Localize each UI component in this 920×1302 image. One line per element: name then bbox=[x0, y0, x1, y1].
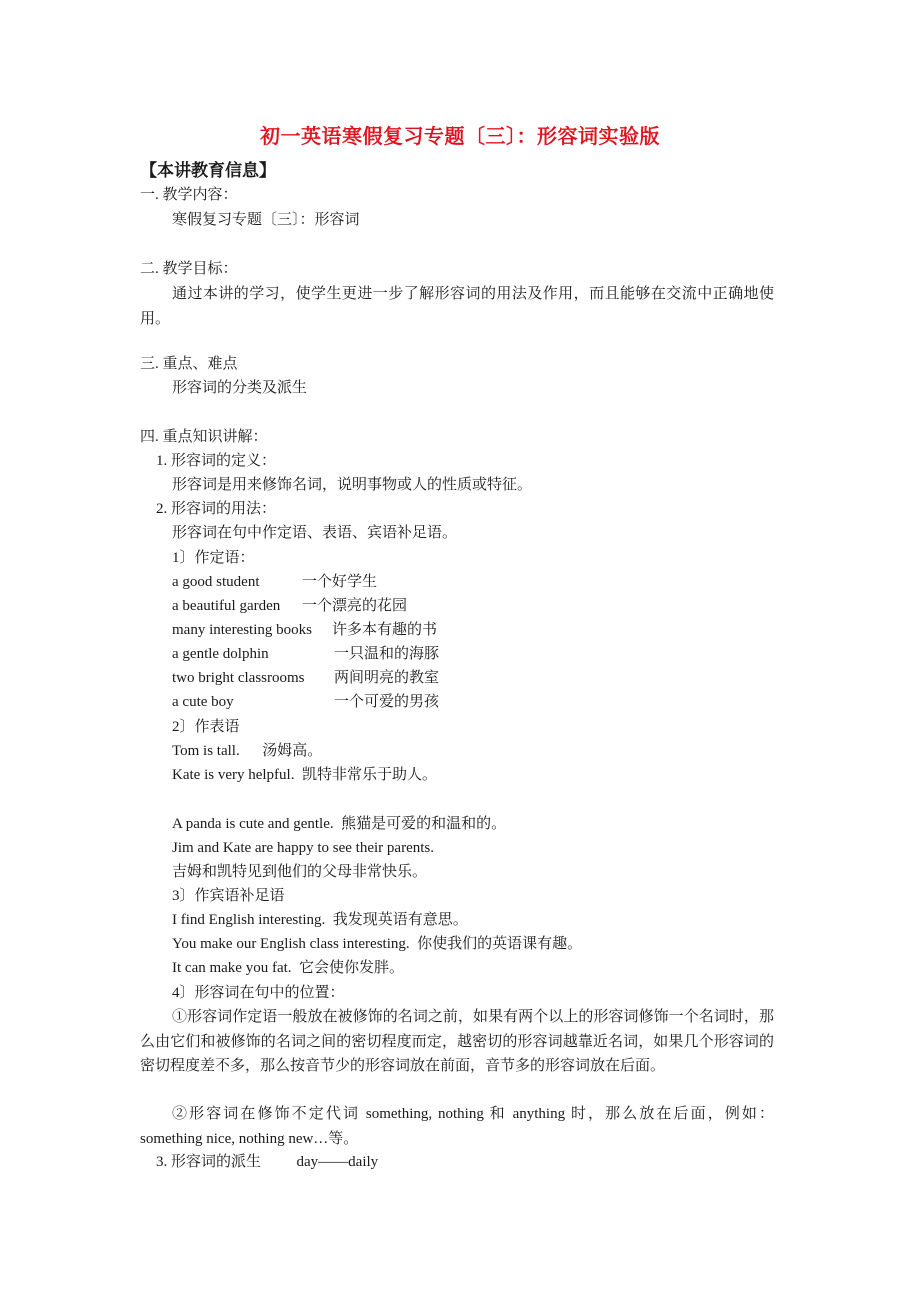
derivation-example: day——daily bbox=[297, 1154, 379, 1170]
example-en: two bright classrooms bbox=[172, 667, 305, 689]
document-page: 初一英语寒假复习专题〔三〕：形容词实验版 【本讲教育信息】 一. 教学内容： 寒… bbox=[0, 0, 920, 1302]
example-en: a cute boy bbox=[172, 691, 234, 713]
example-zh: 一只温和的海豚 bbox=[334, 643, 439, 665]
example-zh: 两间明亮的教室 bbox=[334, 667, 439, 689]
predicative-line: Kate is very helpful. 凯特非常乐于助人。 bbox=[172, 764, 437, 786]
sub-3-heading: 3〕作宾语补足语 bbox=[172, 885, 285, 907]
item-3-heading-text: 3. 形容词的派生 bbox=[156, 1154, 261, 1170]
complement-line: I find English interesting. 我发现英语有意思。 bbox=[172, 909, 468, 931]
info-header: 【本讲教育信息】 bbox=[140, 160, 276, 182]
section-2-body: 通过本讲的学习，使学生更进一步了解形容词的用法及作用，而且能够在交流中正确地使用… bbox=[140, 282, 774, 331]
item-3-heading: 3. 形容词的派生 day——daily bbox=[156, 1151, 378, 1173]
example-en: many interesting books bbox=[172, 619, 312, 641]
section-1-heading: 一. 教学内容： bbox=[140, 184, 238, 206]
predicative-line: 吉姆和凯特见到他们的父母非常快乐。 bbox=[172, 861, 427, 883]
complement-line: You make our English class interesting. … bbox=[172, 933, 582, 955]
complement-line: It can make you fat. 它会使你发胖。 bbox=[172, 957, 404, 979]
example-en: a beautiful garden bbox=[172, 595, 280, 617]
predicative-line: Tom is tall. 汤姆高。 bbox=[172, 740, 322, 762]
section-3-body: 形容词的分类及派生 bbox=[172, 377, 307, 399]
section-4-heading: 四. 重点知识讲解： bbox=[140, 426, 268, 448]
sub-2-heading: 2〕作表语 bbox=[172, 716, 240, 738]
example-zh: 一个好学生 bbox=[302, 571, 377, 593]
example-en: a good student bbox=[172, 571, 260, 593]
item-1-heading: 1. 形容词的定义： bbox=[156, 450, 276, 472]
section-3-heading: 三. 重点、难点 bbox=[140, 353, 238, 375]
item-2-body: 形容词在句中作定语、表语、宾语补足语。 bbox=[172, 522, 457, 544]
example-zh: 许多本有趣的书 bbox=[332, 619, 437, 641]
sub-4-heading: 4〕形容词在句中的位置： bbox=[172, 982, 345, 1004]
document-title: 初一英语寒假复习专题〔三〕：形容词实验版 bbox=[0, 122, 920, 150]
example-zh: 一个可爱的男孩 bbox=[334, 691, 439, 713]
item-1-body: 形容词是用来修饰名词，说明事物或人的性质或特征。 bbox=[172, 474, 532, 496]
section-2-heading: 二. 教学目标： bbox=[140, 258, 238, 280]
predicative-line: A panda is cute and gentle. 熊猫是可爱的和温和的。 bbox=[172, 813, 506, 835]
sub-1-heading: 1〕作定语： bbox=[172, 547, 255, 569]
example-en: a gentle dolphin bbox=[172, 643, 269, 665]
position-rule-2: ②形容词在修饰不定代词 something, nothing 和 anythin… bbox=[140, 1102, 774, 1151]
section-1-body: 寒假复习专题〔三〕：形容词 bbox=[172, 209, 360, 231]
position-rule-1: ①形容词作定语一般放在被修饰的名词之前，如果有两个以上的形容词修饰一个名词时，那… bbox=[140, 1005, 774, 1079]
item-2-heading: 2. 形容词的用法： bbox=[156, 498, 276, 520]
example-zh: 一个漂亮的花园 bbox=[302, 595, 407, 617]
predicative-line: Jim and Kate are happy to see their pare… bbox=[172, 837, 434, 859]
